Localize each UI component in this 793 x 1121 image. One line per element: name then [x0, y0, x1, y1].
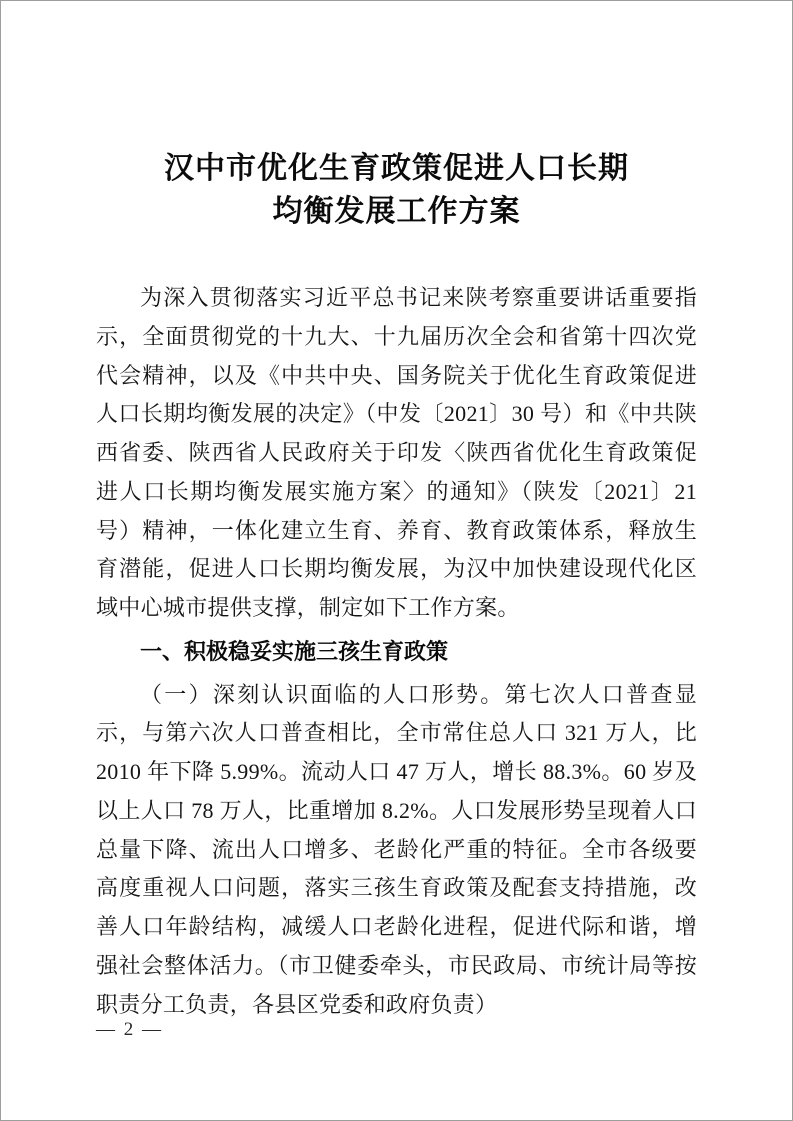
section-1-item-1: （一）深刻认识面临的人口形势。第七次人口普查显示，与第六次人口普查相比，全市常住… — [96, 676, 697, 1025]
document-body: 为深入贯彻落实习近平总书记来陕考察重要讲话重要指示，全面贯彻党的十九大、十九届历… — [96, 279, 697, 1024]
title-line-2: 均衡发展工作方案 — [1, 190, 792, 233]
document-page: 汉中市优化生育政策促进人口长期 均衡发展工作方案 为深入贯彻落实习近平总书记来陕… — [0, 0, 793, 1121]
document-title: 汉中市优化生育政策促进人口长期 均衡发展工作方案 — [1, 147, 792, 233]
title-line-1: 汉中市优化生育政策促进人口长期 — [1, 147, 792, 190]
section-1-item-1-text: 第七次人口普查显示，与第六次人口普查相比，全市常住总人口 321 万人，比 20… — [96, 682, 697, 1017]
intro-paragraph: 为深入贯彻落实习近平总书记来陕考察重要讲话重要指示，全面贯彻党的十九大、十九届历… — [96, 279, 697, 628]
page-number: — 2 — — [96, 1017, 163, 1043]
section-1-heading: 一、积极稳妥实施三孩生育政策 — [96, 633, 697, 672]
section-1-item-1-lead: （一）深刻认识面临的人口形势。 — [140, 682, 505, 707]
